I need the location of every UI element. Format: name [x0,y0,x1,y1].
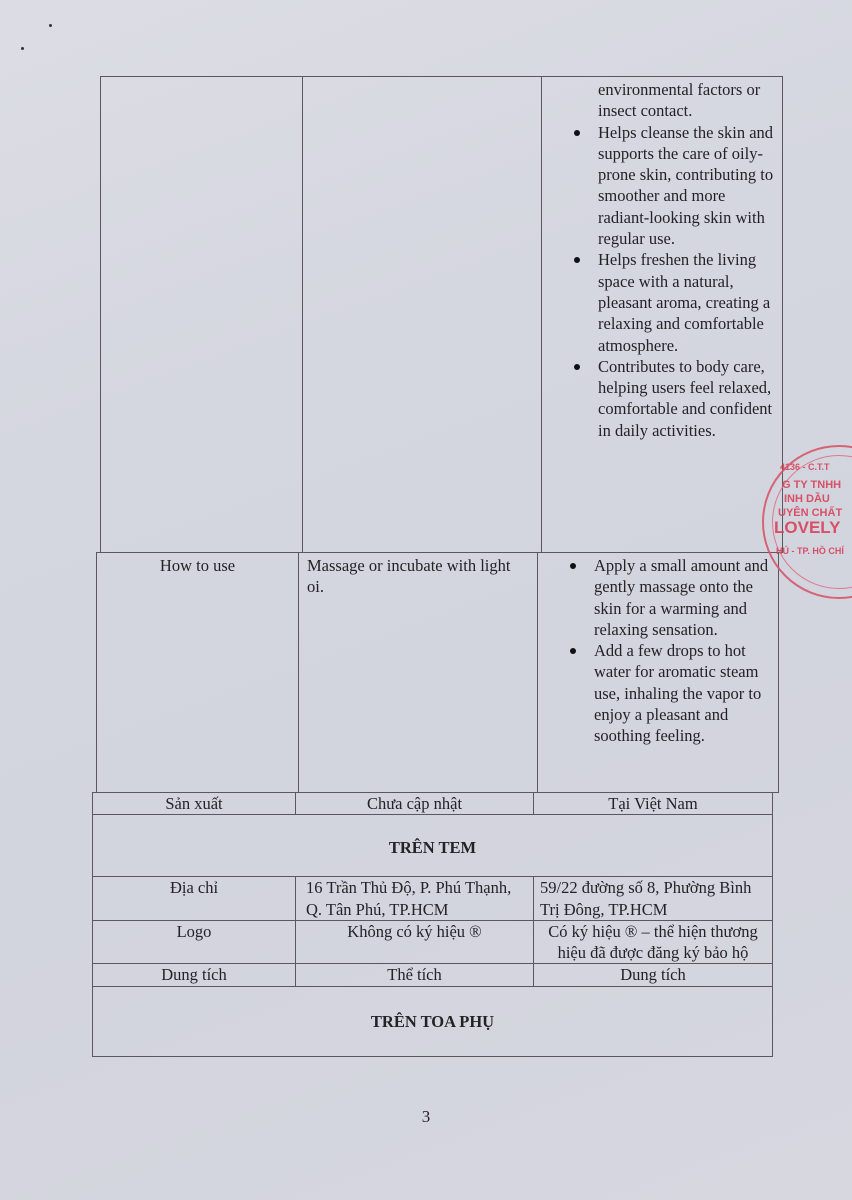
stamp-line: INH DẦU [784,493,830,506]
comparison-table-middle: How to use Massage or incubate with ligh… [96,552,779,793]
benefits-cell: environmental factors or insect contact.… [542,77,783,553]
dung-tich-col3: Dung tích [534,964,773,986]
dust-speck [21,47,24,50]
section-row: TRÊN TEM [93,815,773,877]
stamp-line: G TY TNHH [782,479,841,492]
section-tren-tem: TRÊN TEM [93,815,773,877]
dia-chi-col2: 16 Trần Thủ Độ, P. Phú Thạnh, Q. Tân Phú… [296,877,534,921]
how-to-use-list: Apply a small amount and gently massage … [544,555,772,747]
san-xuat-col3: Tại Việt Nam [534,793,773,815]
san-xuat-label: Sản xuất [93,793,296,815]
stamp-line: HÚ - TP. HỒ CHÍ [776,545,844,558]
dung-tich-label: Dung tích [93,964,296,986]
cell-empty [303,77,542,553]
table-row: Dung tích Thể tích Dung tích [93,964,773,986]
dia-chi-col3: 59/22 đường số 8, Phường Bình Trị Đông, … [534,877,773,921]
dung-tich-col2: Thể tích [296,964,534,986]
dia-chi-label: Địa chỉ [93,877,296,921]
table-row: Sản xuất Chưa cập nhật Tại Việt Nam [93,793,773,815]
how-to-use-label: How to use [97,553,299,793]
table-row: Địa chỉ 16 Trần Thủ Độ, P. Phú Thạnh, Q.… [93,877,773,921]
benefit-item: environmental factors or insect contact. [572,79,776,122]
dust-speck [49,24,52,27]
page-number: 3 [0,1107,852,1127]
logo-label: Logo [93,920,296,964]
cell-empty [101,77,303,553]
san-xuat-col2: Chưa cập nhật [296,793,534,815]
how-to-use-detail: Apply a small amount and gently massage … [538,553,779,793]
benefit-item: Helps freshen the living space with a na… [572,249,776,355]
how-to-use-item: Add a few drops to hot water for aromati… [568,640,772,746]
how-to-use-summary: Massage or incubate with light oi. [299,553,538,793]
stamp-brand: LOVELY [774,521,840,534]
section-tren-toa-phu: TRÊN TOA PHỤ [93,986,773,1056]
how-to-use-item: Apply a small amount and gently massage … [568,555,772,640]
stamp-line: 4136 - C.T.T [780,461,830,474]
logo-col2: Không có ký hiệu ® [296,920,534,964]
table-row: How to use Massage or incubate with ligh… [97,553,779,793]
section-row: TRÊN TOA PHỤ [93,986,773,1056]
benefits-list: environmental factors or insect contact.… [548,79,776,441]
benefit-item: Contributes to body care, helping users … [572,356,776,441]
benefit-item: Helps cleanse the skin and supports the … [572,122,776,250]
comparison-table-upper: environmental factors or insect contact.… [100,76,783,553]
comparison-table-lower: Sản xuất Chưa cập nhật Tại Việt Nam TRÊN… [92,792,773,1057]
table-row: environmental factors or insect contact.… [101,77,783,553]
table-row: Logo Không có ký hiệu ® Có ký hiệu ® – t… [93,920,773,964]
logo-col3: Có ký hiệu ® – thể hiện thương hiệu đã đ… [534,920,773,964]
